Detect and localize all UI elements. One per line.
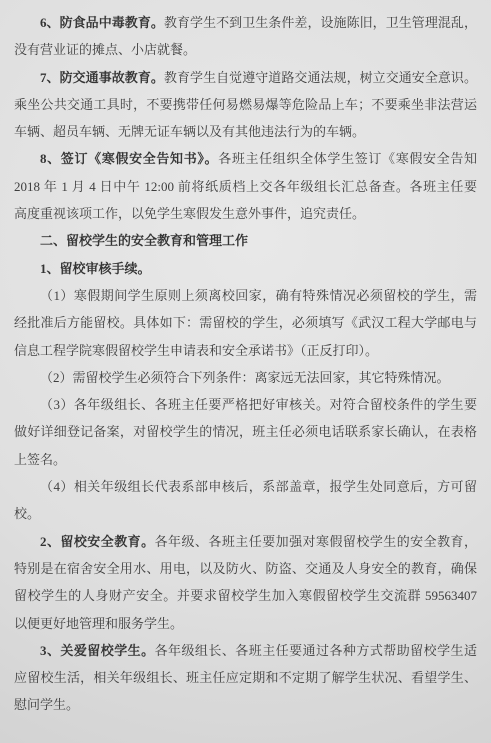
document-line: 以便更好地管理和服务学生。 <box>14 610 477 637</box>
document-line: 7、防交通事故教育。教育学生自觉遵守道路交通法规，树立交通安全意识。 <box>14 64 477 91</box>
document-line: 乘坐公共交通工具时，不要携带任何易燃易爆等危险品上车；不要乘坐非法营运 <box>14 91 477 118</box>
document-line: 8、签订《寒假安全告知书》。各班主任组织全体学生签订《寒假安全告知书》， <box>14 145 477 172</box>
section-heading-campus-stay: 二、留校学生的安全教育和管理工作 <box>14 227 477 254</box>
line-text: 慰问学生。 <box>14 697 79 712</box>
section-heading-text: 二、留校学生的安全教育和管理工作 <box>40 233 248 248</box>
item-heading-traffic-accident: 7、防交通事故教育。 <box>40 70 164 85</box>
document-line: 信息工程学院寒假留校学生申请表和安全承诺书》（正反打印）。 <box>14 337 477 364</box>
line-text: 做好详细登记备案，对留校学生的情况，班主任必须电话联系家长确认，在表格 <box>14 424 477 439</box>
document-line: （2）需留校学生必须符合下列条件：离家远无法回家，其它特殊情况。 <box>14 364 477 391</box>
line-text: 上签名。 <box>14 452 66 467</box>
line-text: 教育学生自觉遵守道路交通法规，树立交通安全意识。 <box>164 70 477 85</box>
item-heading-stay-safety-education: 2、留校安全教育。 <box>40 534 155 549</box>
document-line: 没有营业证的摊点、小店就餐。 <box>14 36 477 63</box>
notice-document-page: 6、防食品中毒教育。教育学生不到卫生条件差，设施陈旧，卫生管理混乱， 没有营业证… <box>0 0 491 719</box>
line-text: 各年级组长、各班主任要通过各种方式帮助留校学生适 <box>155 643 477 658</box>
item-heading-care-for-students: 3、关爱留校学生。 <box>40 643 155 658</box>
line-text: （4）相关年级组长代表系部申核后，系部盖章，报学生处同意后，方可留 <box>40 479 477 494</box>
document-line: 2018 年 1 月 4 日中午 12:00 前将纸质档上交各年级组长汇总备查。… <box>14 173 477 200</box>
document-line: （3）各年级组长、各班主任要严格把好审核关。对符合留校条件的学生要 <box>14 391 477 418</box>
line-text: 教育学生不到卫生条件差，设施陈旧，卫生管理混乱， <box>164 15 477 30</box>
document-line: 3、关爱留校学生。各年级组长、各班主任要通过各种方式帮助留校学生适 <box>14 637 477 664</box>
line-text: 高度重视该项工作，以免学生寒假发生意外事件，追究责任。 <box>14 206 365 221</box>
line-text: 车辆、超员车辆、无牌无证车辆以及有其他违法行为的车辆。 <box>14 124 365 139</box>
line-text: 特别是在宿舍安全用水、用电，以及防火、防盗、交通及人身安全的教育，确保 <box>14 561 477 576</box>
document-line: （4）相关年级组长代表系部申核后，系部盖章，报学生处同意后，方可留 <box>14 473 477 500</box>
line-text: （1）寒假期间学生原则上须离校回家，确有特殊情况必须留校的学生，需 <box>40 288 477 303</box>
document-line: 应留校生活，相关年级组长、班主任应定期和不定期了解学生状况、看望学生、 <box>14 664 477 691</box>
line-text: （2）需留校学生必须符合下列条件：离家远无法回家，其它特殊情况。 <box>40 370 450 385</box>
document-line: 2、留校安全教育。各年级、各班主任要加强对寒假留校学生的安全教育， <box>14 528 477 555</box>
subsection-heading-review-procedure: 1、留校审核手续。 <box>14 255 477 282</box>
document-line: 留校学生的人身财产安全。并要求留校学生加入寒假留校学生交流群 595634075… <box>14 582 477 609</box>
line-text: 校。 <box>14 506 40 521</box>
document-line: 车辆、超员车辆、无牌无证车辆以及有其他违法行为的车辆。 <box>14 118 477 145</box>
line-text: 没有营业证的摊点、小店就餐。 <box>14 42 196 57</box>
document-line: 高度重视该项工作，以免学生寒假发生意外事件，追究责任。 <box>14 200 477 227</box>
line-text: 各年级、各班主任要加强对寒假留校学生的安全教育， <box>155 534 477 549</box>
document-line: 6、防食品中毒教育。教育学生不到卫生条件差，设施陈旧，卫生管理混乱， <box>14 9 477 36</box>
line-text: 应留校生活，相关年级组长、班主任应定期和不定期了解学生状况、看望学生、 <box>14 670 477 685</box>
line-text: 经批准后方能留校。具体如下：需留校的学生，必须填写《武汉工程大学邮电与 <box>14 315 477 330</box>
document-line: 做好详细登记备案，对留校学生的情况，班主任必须电话联系家长确认，在表格 <box>14 418 477 445</box>
item-heading-food-poisoning: 6、防食品中毒教育。 <box>40 15 164 30</box>
document-line: 慰问学生。 <box>14 691 477 718</box>
document-line: 校。 <box>14 500 477 527</box>
document-line: （1）寒假期间学生原则上须离校回家，确有特殊情况必须留校的学生，需 <box>14 282 477 309</box>
line-text: （3）各年级组长、各班主任要严格把好审核关。对符合留校条件的学生要 <box>40 397 477 412</box>
line-text: 乘坐公共交通工具时，不要携带任何易燃易爆等危险品上车；不要乘坐非法营运 <box>14 97 477 112</box>
document-line: 特别是在宿舍安全用水、用电，以及防火、防盗、交通及人身安全的教育，确保 <box>14 555 477 582</box>
document-line: 经批准后方能留校。具体如下：需留校的学生，必须填写《武汉工程大学邮电与 <box>14 309 477 336</box>
item-heading-safety-notice-signing: 8、签订《寒假安全告知书》。 <box>40 151 218 166</box>
line-text: 信息工程学院寒假留校学生申请表和安全承诺书》（正反打印）。 <box>14 343 378 358</box>
document-line: 上签名。 <box>14 446 477 473</box>
line-text: 2018 年 1 月 4 日中午 12:00 前将纸质档上交各年级组长汇总备查。… <box>14 179 477 194</box>
line-text: 以便更好地管理和服务学生。 <box>14 616 183 631</box>
line-text: 留校学生的人身财产安全。并要求留校学生加入寒假留校学生交流群 595634075… <box>14 588 477 609</box>
subsection-heading-text: 1、留校审核手续。 <box>40 261 151 276</box>
